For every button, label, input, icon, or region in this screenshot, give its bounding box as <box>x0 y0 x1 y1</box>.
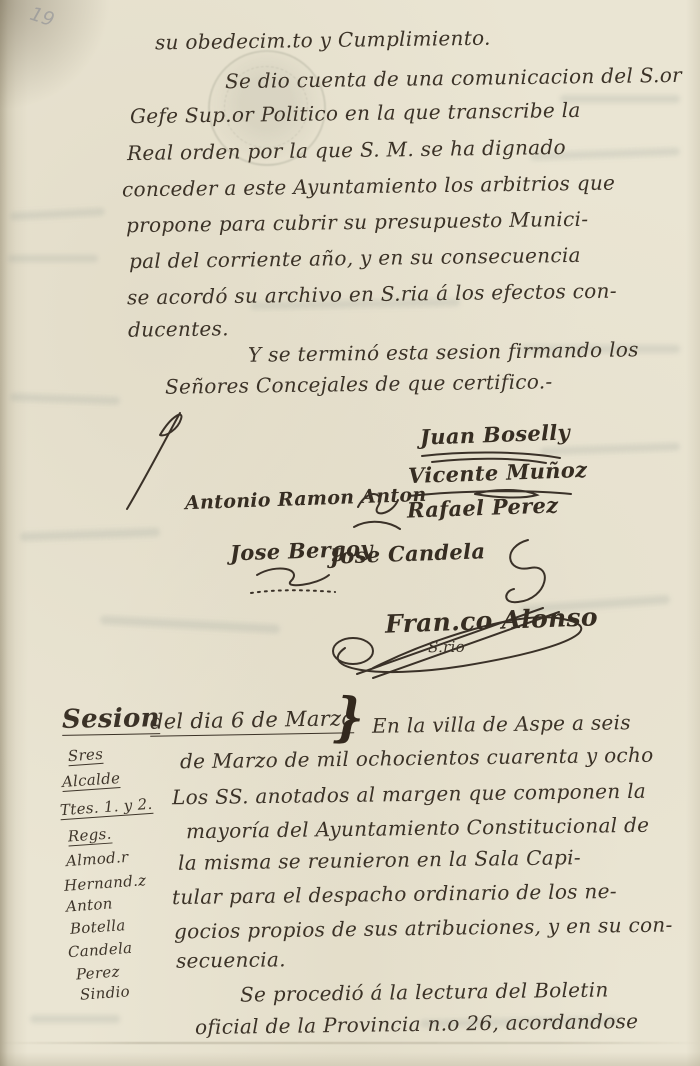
showthrough-ghost-line <box>10 393 120 405</box>
manuscript-line: conceder a este Ayuntamiento los arbitri… <box>122 173 615 200</box>
signature-jose-candela: Jose Candela <box>330 540 486 566</box>
manuscript-line: ducentes. <box>128 318 229 339</box>
signature-juan-boselly: Juan Boselly <box>420 421 571 447</box>
margin-item: Almod.r <box>66 850 129 869</box>
session-brace: } <box>333 690 364 744</box>
margin-item: Botella <box>70 918 127 937</box>
signature-rubric <box>245 565 345 597</box>
margin-item: Sres <box>67 747 103 766</box>
margin-item: Candela <box>68 941 133 960</box>
manuscript-line: mayoría del Ayuntamiento Constitucional … <box>186 815 650 841</box>
margin-item: Anton <box>66 896 114 914</box>
showthrough-ghost-line <box>8 255 98 262</box>
manuscript-line: Se dio cuenta de una comunicacion del S.… <box>225 65 682 91</box>
paper-crease <box>0 1042 700 1044</box>
manuscript-line: la misma se reunieron en la Sala Capi- <box>178 847 581 873</box>
manuscript-line: gocios propios de sus atribuciones, y en… <box>174 915 673 942</box>
manuscript-line: propone para cubrir su presupuesto Munic… <box>126 209 589 235</box>
margin-item: Perez <box>76 964 121 982</box>
margin-item: Ttes. 1. y 2. <box>60 797 154 820</box>
session-heading-word: Sesion <box>62 705 160 736</box>
manuscript-line: oficial de la Provincia n.o 26, acordand… <box>195 1011 639 1037</box>
manuscript-line: de Marzo de mil ochocientos cuarenta y o… <box>180 745 654 772</box>
manuscript-line: Real orden por la que S. M. se ha dignad… <box>127 137 566 163</box>
manuscript-line: tular para el despacho ordinario de los … <box>172 881 617 907</box>
manuscript-line: En la villa de Aspe a seis <box>372 712 631 736</box>
manuscript-line: Y se terminó esta sesion firmando los <box>248 339 639 364</box>
secretary-title: S.rio <box>428 640 465 656</box>
showthrough-ghost-line <box>100 615 280 633</box>
pencil-folio-number: 19 <box>27 3 57 31</box>
manuscript-line: su obedecim.to y Cumplimiento. <box>155 28 491 53</box>
signature-vicente-munoz: Vicente Muñoz <box>408 459 588 486</box>
manuscript-line: secuencia. <box>176 949 286 971</box>
manuscript-line: Los SS. anotados al margen que componen … <box>172 781 646 808</box>
margin-item: Sindio <box>80 984 131 1002</box>
manuscript-line: Señores Concejales de que certifico.- <box>165 371 553 396</box>
manuscript-line: Gefe Sup.or Politico en la que transcrib… <box>130 100 581 126</box>
showthrough-ghost-line <box>20 528 160 542</box>
margin-item: Alcalde <box>61 771 120 792</box>
signature-rafael-perez: Rafael Perez <box>407 494 559 520</box>
manuscript-line: pal del corriente año, y en su consecuen… <box>129 245 581 271</box>
signature-francisco-alonso: Fran.co Alonso <box>385 604 599 636</box>
margin-item: Regs. <box>67 826 112 846</box>
manuscript-line: Se procedió á la lectura del Boletin <box>240 979 609 1004</box>
margin-item: Hernand.z <box>64 873 147 894</box>
showthrough-ghost-line <box>30 1015 120 1023</box>
manuscript-line: se acordó su archivo en S.ria á los efec… <box>127 281 617 308</box>
showthrough-ghost-line <box>10 208 105 221</box>
session-heading-date: del dia 6 de Marzo <box>150 708 355 737</box>
manuscript-page: 19 su obedecim.to y Cumplimiento. Se dio… <box>0 0 700 1066</box>
signature-rubric <box>350 485 405 535</box>
